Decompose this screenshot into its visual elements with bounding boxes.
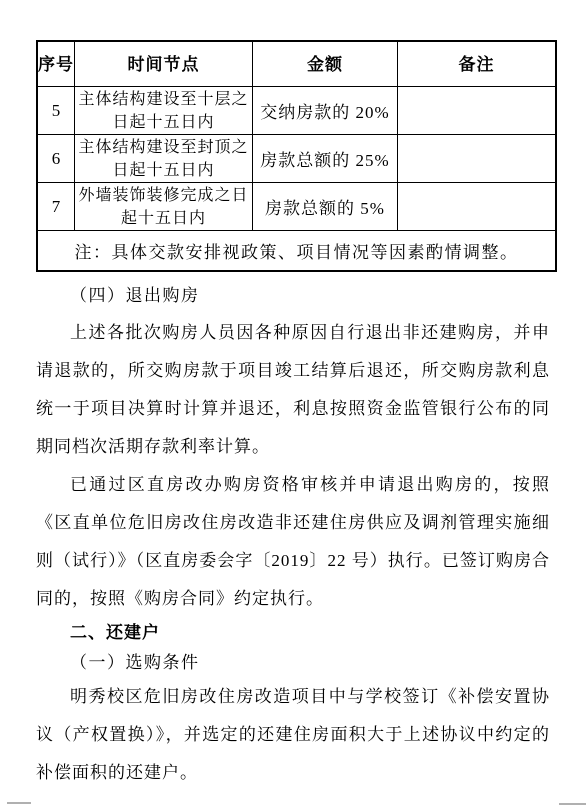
scan-artifact-right bbox=[559, 803, 586, 805]
document-page: 序号 时间节点 金额 备注 5 主体结构建设至十层之日起十五日内 交纳房款的 2… bbox=[0, 0, 586, 809]
header-no: 序号 bbox=[37, 41, 75, 87]
header-remark: 备注 bbox=[398, 41, 557, 87]
row-node: 主体结构建设至十层之日起十五日内 bbox=[75, 87, 253, 135]
table-note: 注：具体交款安排视政策、项目情况等因素酌情调整。 bbox=[37, 231, 556, 272]
header-amount: 金额 bbox=[253, 41, 398, 87]
row-remark bbox=[398, 183, 557, 231]
row-remark bbox=[398, 87, 557, 135]
paragraph-policy: 已通过区直房改办购房资格审核并申请退出购房的，按照《区直单位危旧房改住房改造非还… bbox=[36, 466, 550, 618]
table-row: 7 外墙装饰装修完成之日起十五日内 房款总额的 5% bbox=[37, 183, 556, 231]
scan-artifact-left bbox=[7, 802, 31, 804]
heading-exit-purchase: （四）退出购房 bbox=[36, 278, 550, 314]
row-amount: 房款总额的 5% bbox=[253, 183, 398, 231]
paragraph-mingxiu: 明秀校区危旧房改住房改造项目中与学校签订《补偿安置协议（产权置换）》，并选定的还… bbox=[36, 678, 550, 792]
row-amount: 房款总额的 25% bbox=[253, 135, 398, 183]
payment-schedule-table: 序号 时间节点 金额 备注 5 主体结构建设至十层之日起十五日内 交纳房款的 2… bbox=[36, 40, 557, 272]
page-content: 序号 时间节点 金额 备注 5 主体结构建设至十层之日起十五日内 交纳房款的 2… bbox=[36, 40, 550, 792]
heading-xuangou-tiaojian: （一）选购条件 bbox=[36, 648, 550, 678]
row-no: 7 bbox=[37, 183, 75, 231]
table-header-row: 序号 时间节点 金额 备注 bbox=[37, 41, 556, 87]
paragraph-refund: 上述各批次购房人员因各种原因自行退出非还建购房，并申请退款的，所交购房款于项目竣… bbox=[36, 314, 550, 466]
row-no: 6 bbox=[37, 135, 75, 183]
heading-huanjian-hu: 二、还建户 bbox=[36, 618, 550, 648]
header-node: 时间节点 bbox=[75, 41, 253, 87]
row-amount: 交纳房款的 20% bbox=[253, 87, 398, 135]
row-remark bbox=[398, 135, 557, 183]
row-no: 5 bbox=[37, 87, 75, 135]
row-node: 外墙装饰装修完成之日起十五日内 bbox=[75, 183, 253, 231]
table-row: 6 主体结构建设至封顶之日起十五日内 房款总额的 25% bbox=[37, 135, 556, 183]
row-node: 主体结构建设至封顶之日起十五日内 bbox=[75, 135, 253, 183]
table-note-row: 注：具体交款安排视政策、项目情况等因素酌情调整。 bbox=[37, 231, 556, 272]
table-row: 5 主体结构建设至十层之日起十五日内 交纳房款的 20% bbox=[37, 87, 556, 135]
